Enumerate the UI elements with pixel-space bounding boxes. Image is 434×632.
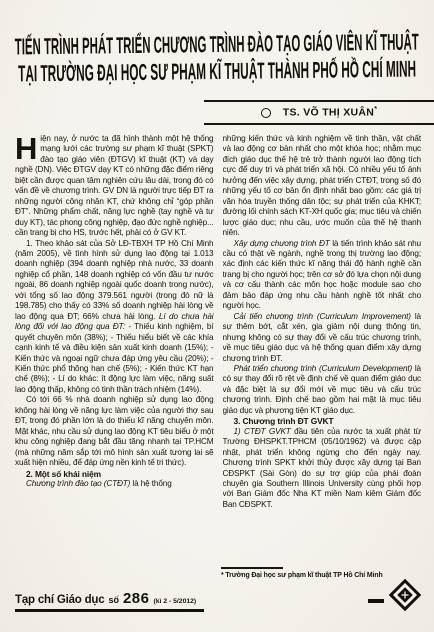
author-name: TS. VÕ THỊ XUÂN* (283, 106, 377, 119)
article-body: Hiện nay, ở nước ta đã hình thành một hệ… (15, 134, 421, 570)
history-paragraph: 1) CTĐT GVKT đầu tiên của nước ta xuất p… (223, 427, 422, 511)
left-column: Hiện nay, ở nước ta đã hình thành một hệ… (15, 134, 214, 570)
survey-paragraph: 1. Theo khảo sát của Sở LĐ-TBXH TP Hồ Ch… (15, 239, 214, 396)
author-block: TS. VÕ THỊ XUÂN* (204, 100, 434, 125)
text-run: 2. Một số khái niệm (26, 469, 101, 479)
author-rule-bottom (204, 123, 434, 125)
definition-ctdt: Chương trình đào tạo (CTĐT) là hệ thống (15, 479, 214, 489)
intro-paragraph: Hiện nay, ở nước ta đã hình thành một hệ… (15, 134, 214, 239)
journal-page: TIẾN TRÌNH PHÁT TRIỂN CHƯƠNG TRÌNH ĐÀO T… (0, 0, 434, 632)
definition-cai-tien: Cải tiến chương trình (Curriculum Improv… (223, 312, 422, 364)
text-run: là tiến trình khảo sát nhu cầu có thật v… (223, 239, 422, 311)
analysis-paragraph: Có tới 66 % nhà doanh nghiệp sử dụng lao… (15, 395, 214, 468)
end-ornament-diamond-icon (388, 578, 422, 612)
text-run: Chương trình đào tạo (CTĐT) (26, 479, 130, 488)
text-run: - Thiếu kinh nghiệm, bí quyết chuyên môn… (15, 322, 214, 394)
author-name-text: TS. VÕ THỊ XUÂN (283, 107, 374, 119)
footnote-rule (221, 567, 283, 569)
text-run: đầu tiên của nước ta xuất phát từ Trường… (223, 427, 422, 509)
author-bullet-icon (261, 108, 271, 118)
issue-number: 286 (123, 590, 150, 607)
article-title: TIẾN TRÌNH PHÁT TRIỂN CHƯƠNG TRÌNH ĐÀO T… (9, 27, 426, 92)
section-heading-2: 2. Một số khái niệm (15, 469, 214, 479)
section-heading-3: 3. Chương trình ĐT GVKT (223, 416, 422, 426)
definition-xay-dung: Xây dựng chương trình ĐT là tiến trình k… (223, 239, 422, 312)
footnote: * Trường Đại học sư phạm kĩ thuật TP Hồ … (221, 567, 421, 579)
text-run: iện nay, ở nước ta đã hình thành một hệ … (15, 134, 214, 237)
ornament-dash (368, 599, 384, 603)
article-title-line2: TẠI TRƯỜNG ĐẠI HỌC SƯ PHẠM KĨ THUẬT THÀN… (18, 55, 416, 87)
author-line: TS. VÕ THỊ XUÂN* (204, 102, 434, 123)
text-run: Cải tiến chương trình (Curriculum Improv… (234, 312, 411, 321)
text-run: 1. Theo khảo sát của Sở LĐ-TBXH TP Hồ Ch… (15, 239, 214, 321)
right-column: những kiến thức và kinh nghiệm về tinh t… (223, 134, 422, 570)
text-run: là hệ thống (130, 479, 171, 488)
text-run: Có tới 66 % nhà doanh nghiệp sử dụng lao… (15, 395, 214, 467)
drop-cap: H (15, 134, 40, 162)
ctdt-continuation: những kiến thức và kinh nghiệm về tinh t… (223, 134, 422, 239)
article-title-line1: TIẾN TRÌNH PHÁT TRIỂN CHƯƠNG TRÌNH ĐÀO T… (15, 28, 419, 60)
text-run: những kiến thức và kinh nghiệm về tinh t… (223, 134, 422, 237)
text-run: 3. Chương trình ĐT GVKT (234, 416, 334, 426)
journal-name: Tạp chí Giáo dục (15, 594, 104, 606)
journal-footer: Tạp chí Giáo dục số 286 (kì 2 - 5/2012) (15, 590, 204, 612)
text-run: 1) CTĐT GVKT (234, 427, 291, 436)
issue-detail: (kì 2 - 5/2012) (154, 598, 197, 605)
text-run: Xây dựng chương trình ĐT (234, 239, 330, 248)
diamond-icon (388, 578, 422, 612)
text-run: Phát triển chương trình (Curriculum Deve… (234, 364, 413, 373)
author-footnote-marker: * (374, 106, 377, 113)
issue-label: số (108, 595, 119, 605)
definition-phat-trien: Phát triển chương trình (Curriculum Deve… (223, 364, 422, 416)
